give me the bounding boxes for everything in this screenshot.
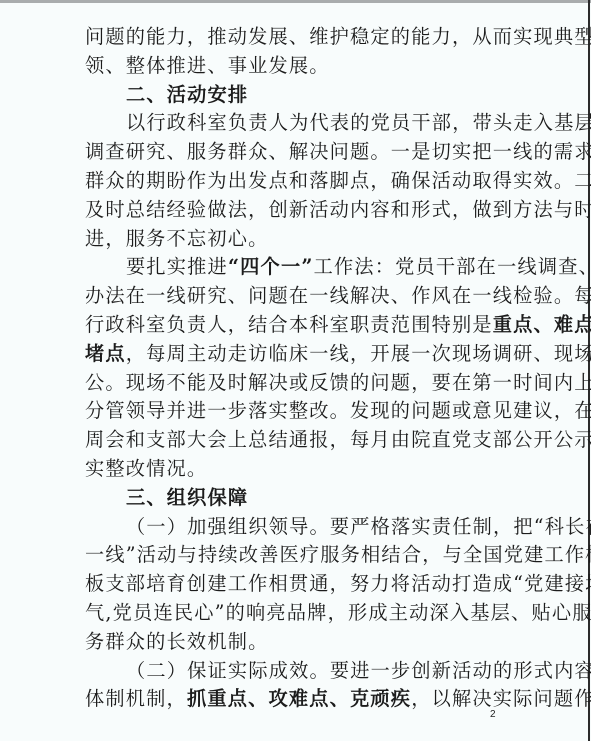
text-segment: 周会和支部大会上总结通报，每月由院直党支部公开公示落 bbox=[85, 428, 591, 451]
text-line: 群众的期盼作为出发点和落脚点，确保活动取得实效。二是 bbox=[85, 167, 497, 196]
text-segment: 要扎实推进 bbox=[126, 255, 228, 278]
text-segment: 三、组织保障 bbox=[126, 486, 248, 509]
text-segment: 公。现场不能及时解决或反馈的问题，要在第一时间内上报 bbox=[85, 371, 591, 394]
text-segment: 工作法：党员干部在一线调查、 bbox=[314, 255, 591, 278]
document-body: 问题的能力，推动发展、维护稳定的能力，从而实现典型引领、整体推进、事业发展。二、… bbox=[85, 23, 497, 714]
text-segment: 分管领导并进一步落实整改。发现的问题或意见建议，在院 bbox=[85, 399, 591, 422]
text-line: 堵点，每周主动走访临床一线，开展一次现场调研、现场办 bbox=[85, 340, 497, 369]
text-segment: 气,党员连民心”的响亮品牌，形成主动深入基层、贴心服 bbox=[85, 601, 591, 624]
text-segment: 以行政科室负责人为代表的党员干部，带头走入基层、 bbox=[126, 111, 591, 134]
text-line: 周会和支部大会上总结通报，每月由院直党支部公开公示落 bbox=[85, 426, 497, 455]
text-segment: 二、活动安排 bbox=[126, 83, 248, 106]
text-line: 进，服务不忘初心。 bbox=[85, 225, 497, 254]
bold-text: 堵点 bbox=[85, 342, 126, 365]
text-line: 体制机制，抓重点、攻难点、克顽疾，以解决实际问题作为 bbox=[85, 685, 497, 714]
text-segment: （一）加强组织领导。要严格落实责任制，把“科长在 bbox=[126, 515, 591, 538]
text-segment: 务群众的长效机制。 bbox=[85, 630, 269, 653]
text-segment: 体制机制， bbox=[85, 687, 187, 710]
text-line: 及时总结经验做法，创新活动内容和形式，做到方法与时俱 bbox=[85, 196, 497, 225]
text-segment: ，以解决实际问题作为 bbox=[411, 687, 591, 710]
bold-text: 抓重点、攻难点、克顽疾 bbox=[187, 687, 411, 710]
text-line: 板支部培育创建工作相贯通，努力将活动打造成“党建接地 bbox=[85, 570, 497, 599]
bold-text: 重点、难点和 bbox=[493, 313, 591, 336]
text-line: 问题的能力，推动发展、维护稳定的能力，从而实现典型引 bbox=[85, 23, 497, 52]
text-segment: 群众的期盼作为出发点和落脚点，确保活动取得实效。二是 bbox=[85, 169, 591, 192]
text-segment: 进，服务不忘初心。 bbox=[85, 227, 269, 250]
text-line: 调查研究、服务群众、解决问题。一是切实把一线的需求、 bbox=[85, 138, 497, 167]
text-line: 公。现场不能及时解决或反馈的问题，要在第一时间内上报 bbox=[85, 369, 497, 398]
text-line: 分管领导并进一步落实整改。发现的问题或意见建议，在院 bbox=[85, 397, 497, 426]
text-segment: 办法在一线研究、问题在一线解决、作风在一线检验。每位 bbox=[85, 284, 591, 307]
text-line: 领、整体推进、事业发展。 bbox=[85, 52, 497, 81]
text-line: 务群众的长效机制。 bbox=[85, 628, 497, 657]
text-segment: （二）保证实际成效。要进一步创新活动的形式内容和 bbox=[126, 659, 591, 682]
text-line: 行政科室负责人，结合本科室职责范围特别是重点、难点和 bbox=[85, 311, 497, 340]
text-line: （一）加强组织领导。要严格落实责任制，把“科长在 bbox=[85, 513, 497, 542]
text-segment: 调查研究、服务群众、解决问题。一是切实把一线的需求、 bbox=[85, 140, 591, 163]
text-line: 办法在一线研究、问题在一线解决、作风在一线检验。每位 bbox=[85, 282, 497, 311]
text-line: 要扎实推进“四个一”工作法：党员干部在一线调查、 bbox=[85, 253, 497, 282]
bold-text: “四个一” bbox=[228, 255, 314, 278]
text-segment: 及时总结经验做法，创新活动内容和形式，做到方法与时俱 bbox=[85, 198, 591, 221]
text-line: 实整改情况。 bbox=[85, 455, 497, 484]
text-segment: 实整改情况。 bbox=[85, 457, 207, 480]
text-line: 以行政科室负责人为代表的党员干部，带头走入基层、 bbox=[85, 109, 497, 138]
text-segment: 领、整体推进、事业发展。 bbox=[85, 54, 330, 77]
text-line: 一线”活动与持续改善医疗服务相结合，与全国党建工作样 bbox=[85, 541, 497, 570]
text-segment: 板支部培育创建工作相贯通，努力将活动打造成“党建接地 bbox=[85, 572, 591, 595]
text-segment: 问题的能力，推动发展、维护稳定的能力，从而实现典型引 bbox=[85, 25, 591, 48]
section-heading: 三、组织保障 bbox=[85, 484, 497, 513]
text-line: 气,党员连民心”的响亮品牌，形成主动深入基层、贴心服 bbox=[85, 599, 497, 628]
text-segment: 一线”活动与持续改善医疗服务相结合，与全国党建工作样 bbox=[85, 543, 591, 566]
page-number: 2 bbox=[490, 709, 496, 720]
text-segment: ，每周主动走访临床一线，开展一次现场调研、现场办 bbox=[126, 342, 591, 365]
text-segment: 行政科室负责人，结合本科室职责范围特别是 bbox=[85, 313, 493, 336]
section-heading: 二、活动安排 bbox=[85, 81, 497, 110]
top-border bbox=[0, 0, 591, 3]
text-line: （二）保证实际成效。要进一步创新活动的形式内容和 bbox=[85, 657, 497, 686]
